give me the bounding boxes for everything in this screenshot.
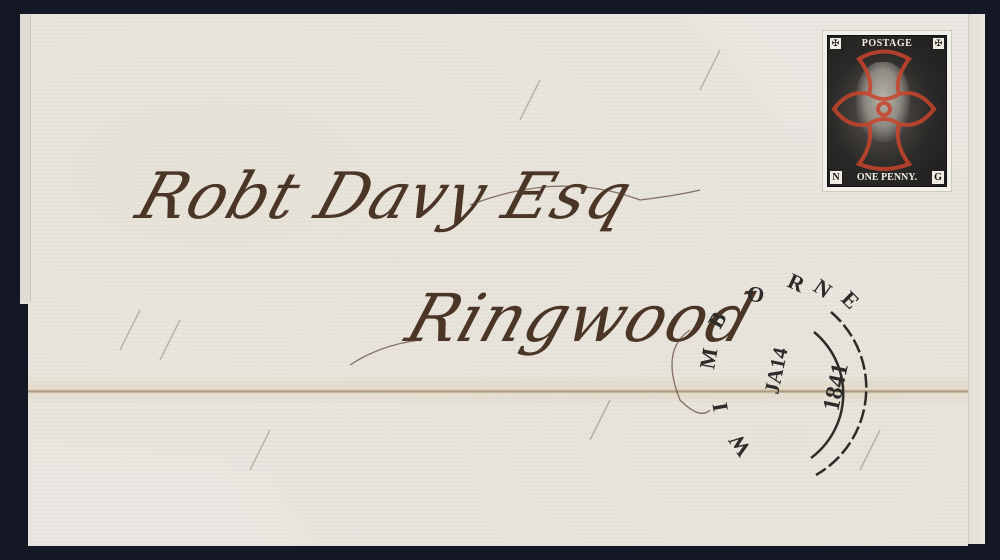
svg-text:O: O bbox=[745, 280, 766, 308]
address-recipient: Robt Davy Esq bbox=[128, 160, 641, 234]
maltese-cross-cancel-icon bbox=[824, 34, 954, 184]
letter-left-fold-edge bbox=[20, 14, 31, 302]
svg-text:E: E bbox=[836, 286, 864, 314]
svg-text:B: B bbox=[703, 307, 732, 332]
svg-text:W: W bbox=[723, 429, 756, 461]
svg-text:N: N bbox=[809, 274, 836, 304]
postmark-date: JA14 bbox=[759, 345, 792, 396]
svg-text:R: R bbox=[784, 268, 810, 298]
postmark-year: 1841 bbox=[818, 361, 853, 413]
wimborne-postmark: R N E O B M I W JA14 1841 bbox=[636, 250, 916, 480]
svg-text:M: M bbox=[694, 346, 722, 371]
svg-text:I: I bbox=[707, 401, 733, 414]
